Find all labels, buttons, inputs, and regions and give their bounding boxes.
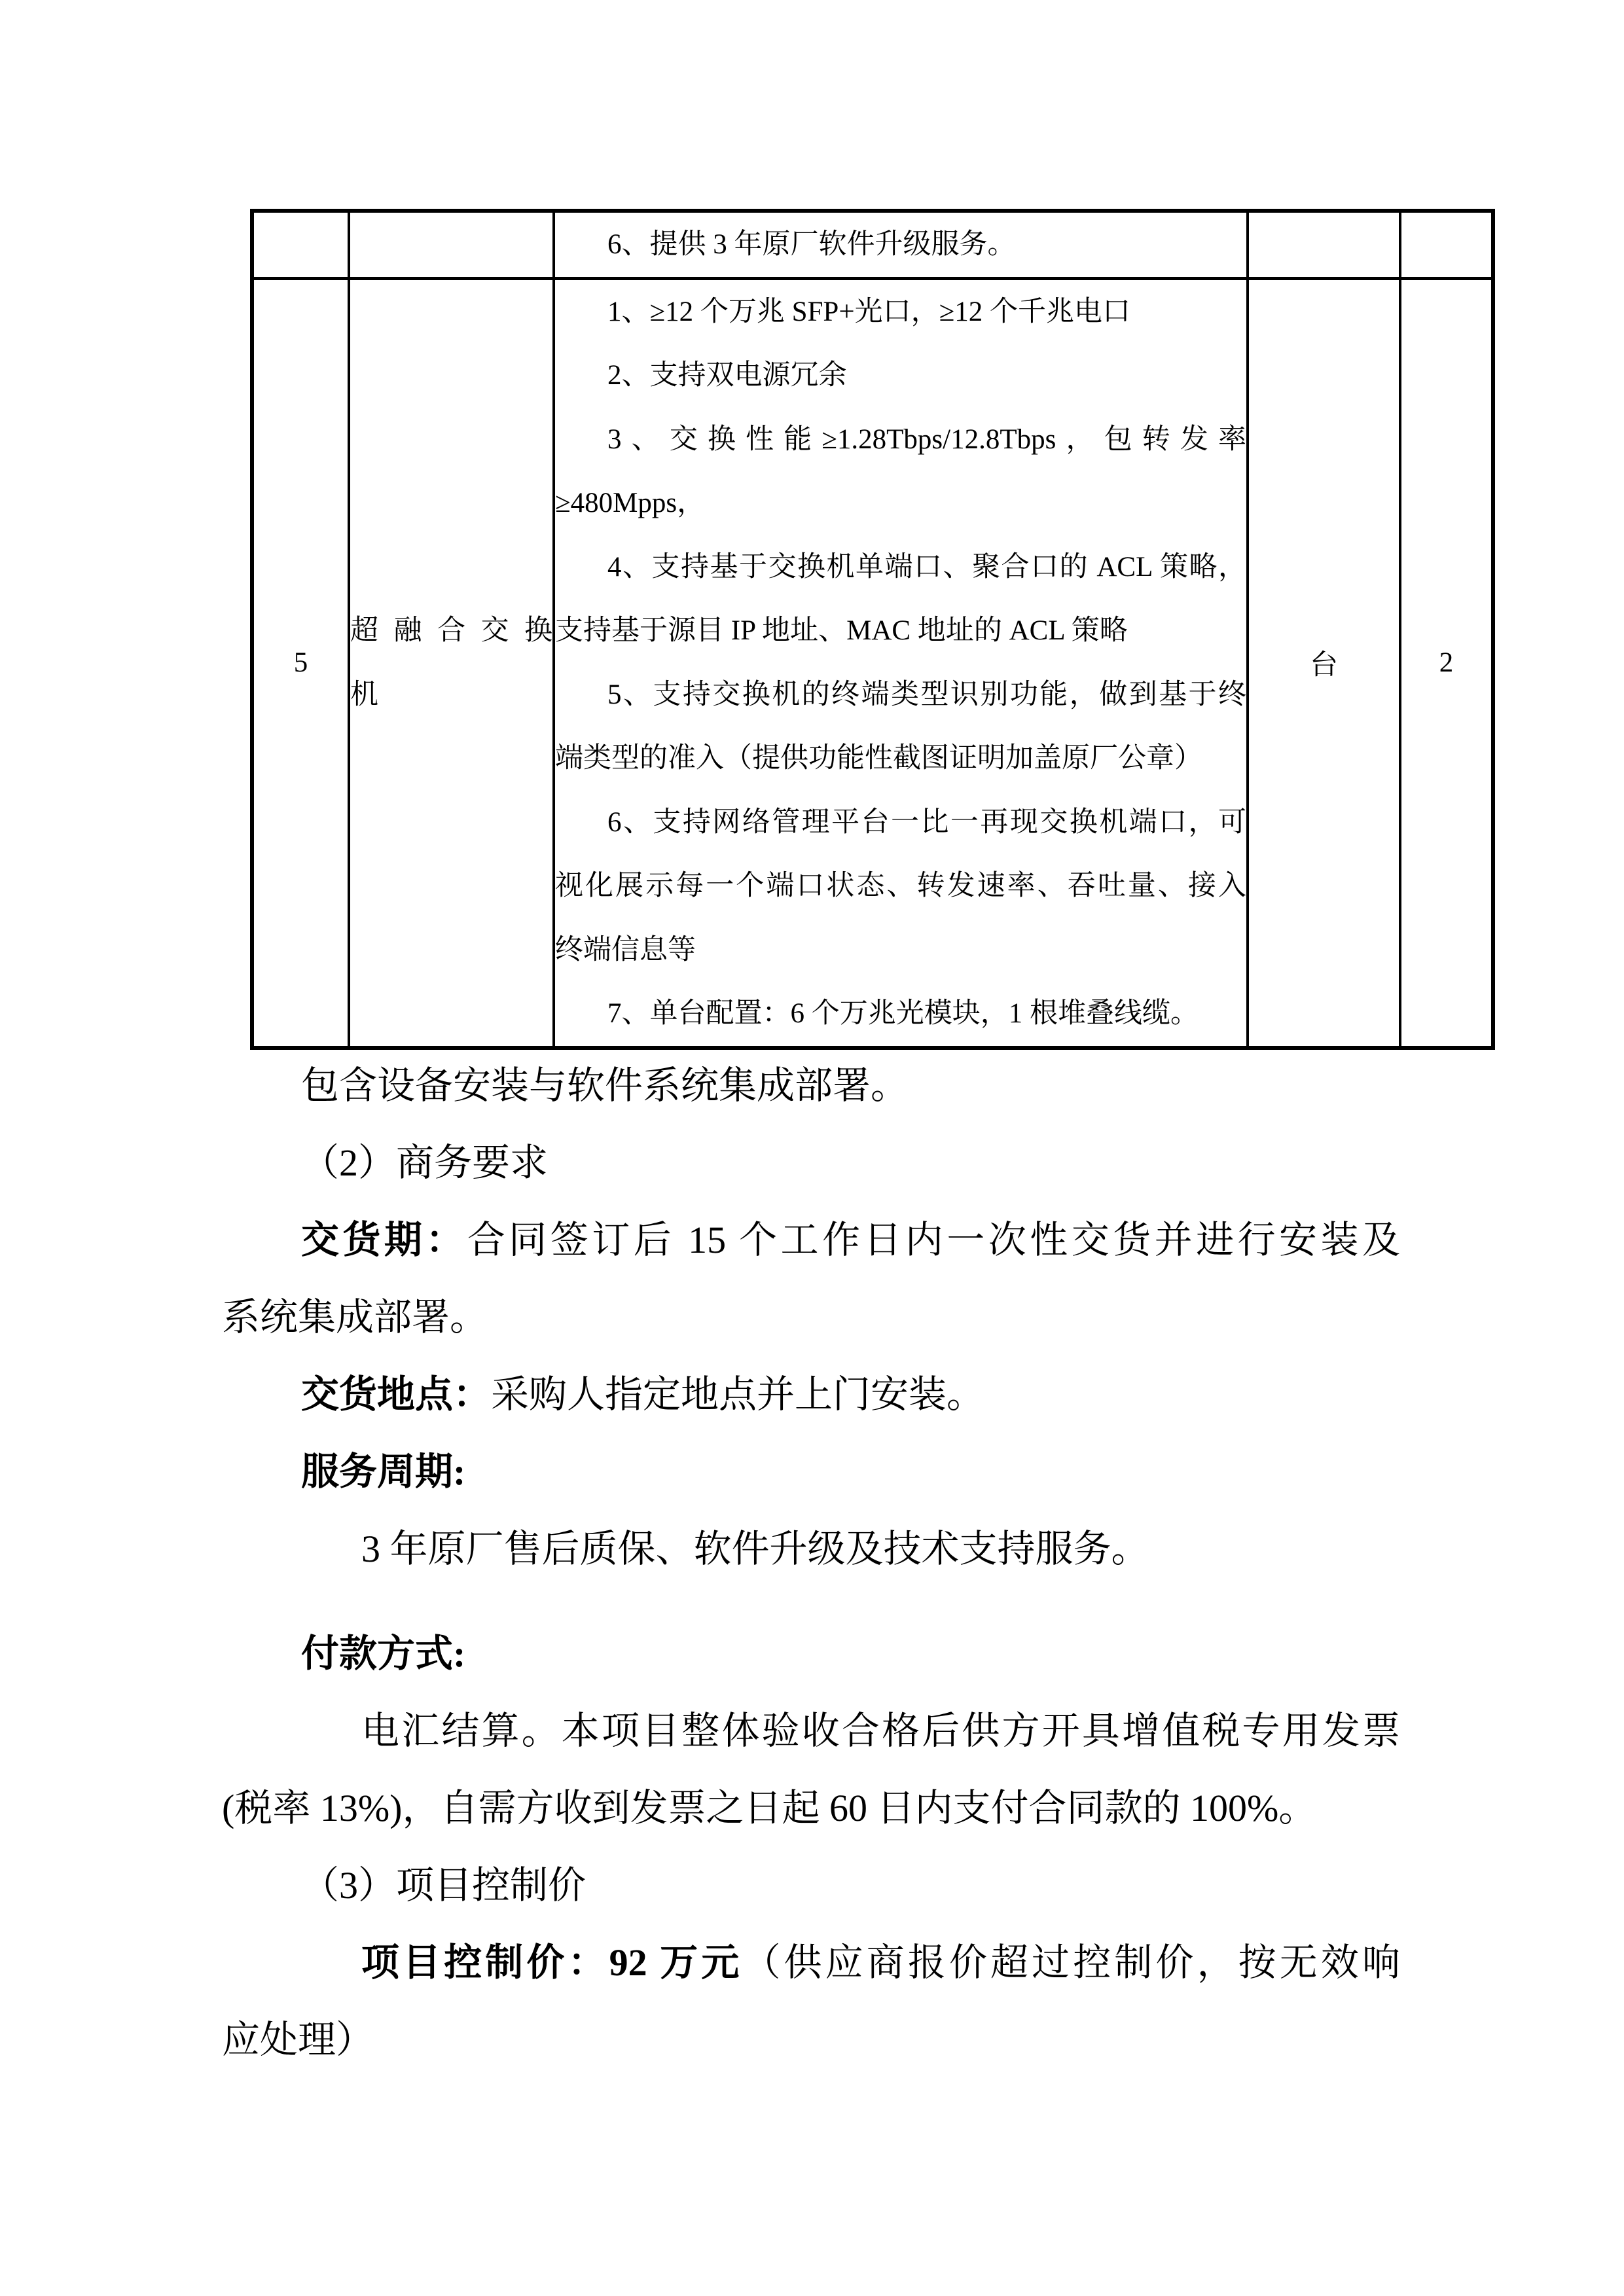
control-price-line-1: 项目控制价：92 万元（供应商报价超过控制价，按无效响: [222, 1924, 1400, 2001]
delivery-period-line-2: 系统集成部署。: [222, 1279, 1400, 1356]
delivery-period-label: 交货期：: [301, 1219, 467, 1261]
item-name-line-2: 机: [350, 663, 552, 727]
heading-business-requirements: （2）商务要求: [222, 1124, 1400, 1202]
carryover-index-cell: [252, 211, 349, 278]
item-qty: 2: [1400, 278, 1493, 1048]
spec-line-1: 1、≥12 个万兆 SFP+光口，≥12 个千兆电口: [555, 280, 1246, 344]
spec-line-12: 7、单台配置：6 个万兆光模块，1 根堆叠线缆。: [555, 982, 1246, 1046]
table-row-item-5: 5 超融合交换 机 1、≥12 个万兆 SFP+光口，≥12 个千兆电口 2、支…: [252, 278, 1493, 1048]
spec-line-6: 支持基于源目 IP 地址、MAC 地址的 ACL 策略: [555, 599, 1246, 663]
heading-project-control-price: （3）项目控制价: [222, 1847, 1400, 1924]
spec-line-2: 2、支持双电源冗余: [555, 344, 1246, 408]
payment-method-line-1: 电汇结算。本项目整体验收合格后供方开具增值税专用发票: [222, 1693, 1400, 1770]
carryover-spec-cell: 6、提供 3 年原厂软件升级服务。: [554, 211, 1248, 278]
delivery-period-text: 合同签订后 15 个工作日内一次性交货并进行安装及: [467, 1219, 1400, 1261]
note-installation-deployment: 包含设备安装与软件系统集成部署。: [222, 1047, 1400, 1124]
item-spec-cell: 1、≥12 个万兆 SFP+光口，≥12 个千兆电口 2、支持双电源冗余 3、交…: [554, 278, 1248, 1048]
spec-line-5: 4、支持基于交换机单端口、聚合口的 ACL 策略，: [555, 535, 1246, 600]
item-index: 5: [252, 278, 349, 1048]
control-price-text: （供应商报价超过控制价，按无效响: [742, 1941, 1400, 1984]
control-price-line-2: 应处理）: [222, 2001, 1400, 2079]
carryover-name-cell: [349, 211, 554, 278]
carryover-unit-cell: [1248, 211, 1400, 278]
item-name-line-1: 超融合交换: [350, 599, 552, 663]
service-period-label: 服务周期:: [222, 1433, 1400, 1511]
control-price-label: 项目控制价：92 万元: [361, 1941, 742, 1984]
spec-line-9: 6、支持网络管理平台一比一再现交换机端口，可: [555, 791, 1246, 855]
spec-line-3: 3、交换性能≥1.28Tbps/12.8Tbps，包转发率: [555, 408, 1246, 472]
spec-line-8: 端类型的准入（提供功能性截图证明加盖原厂公章）: [555, 726, 1246, 791]
spec-line-7: 5、支持交换机的终端类型识别功能，做到基于终: [555, 663, 1246, 727]
carryover-qty-cell: [1400, 211, 1493, 278]
service-period-text: 3 年原厂售后质保、软件升级及技术支持服务。: [222, 1511, 1400, 1588]
delivery-period-line-1: 交货期：合同签订后 15 个工作日内一次性交货并进行安装及: [222, 1202, 1400, 1279]
spec-line-11: 终端信息等: [555, 918, 1246, 982]
spec-line-4: ≥480Mpps，: [555, 471, 1246, 535]
delivery-location-line: 交货地点：采购人指定地点并上门安装。: [222, 1356, 1400, 1433]
delivery-location-text: 采购人指定地点并上门安装。: [491, 1373, 984, 1416]
payment-method-line-2: (税率 13%)，自需方收到发票之日起 60 日内支付合同款的 100%。: [222, 1770, 1400, 1847]
body-text: 包含设备安装与软件系统集成部署。 （2）商务要求 交货期：合同签订后 15 个工…: [222, 1047, 1400, 2079]
delivery-location-label: 交货地点：: [301, 1373, 491, 1416]
spec-line-10: 视化展示每一个端口状态、转发速率、吞吐量、接入: [555, 854, 1246, 918]
item-name: 超融合交换 机: [349, 278, 554, 1048]
spec-line-carryover: 6、提供 3 年原厂软件升级服务。: [555, 213, 1246, 277]
spec-table: 6、提供 3 年原厂软件升级服务。 5 超融合交换 机 1、≥12 个万兆 SF…: [250, 209, 1495, 1050]
equipment-spec-table: 6、提供 3 年原厂软件升级服务。 5 超融合交换 机 1、≥12 个万兆 SF…: [250, 209, 1491, 1041]
payment-method-label: 付款方式:: [222, 1615, 1400, 1693]
table-row-carryover: 6、提供 3 年原厂软件升级服务。: [252, 211, 1493, 278]
item-unit: 台: [1248, 278, 1400, 1048]
document-page: 6、提供 3 年原厂软件升级服务。 5 超融合交换 机 1、≥12 个万兆 SF…: [0, 0, 1624, 2296]
